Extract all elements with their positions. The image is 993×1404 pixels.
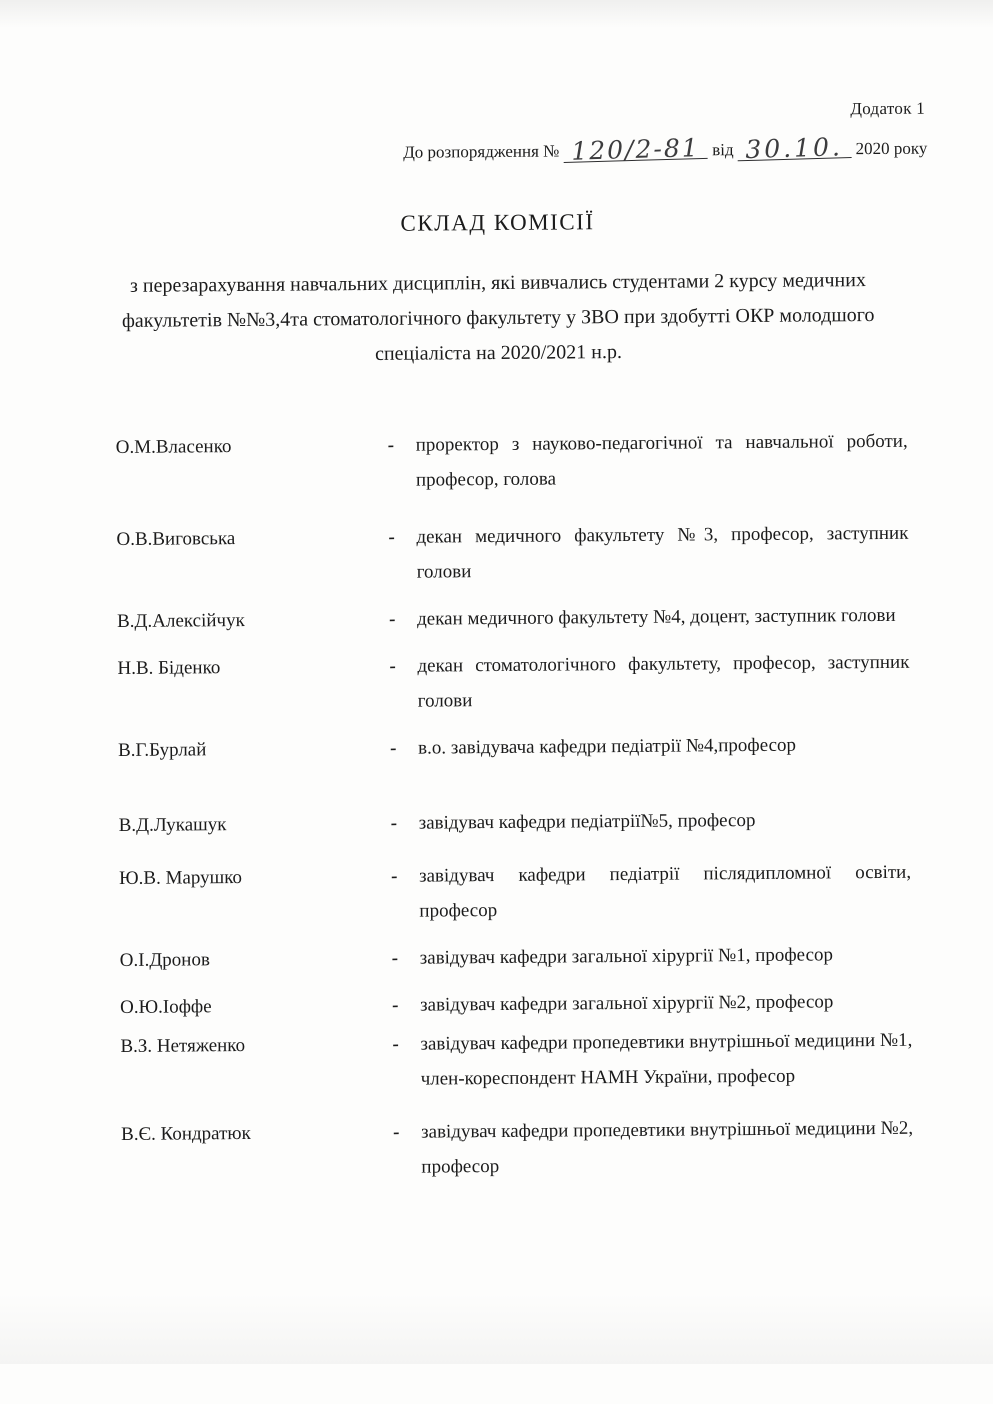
member-row: В.Г.Бурлай - в.о. завідувача кафедри пед… [5,726,993,769]
members-list: О.М.Власенко - проректор з науково-педаг… [3,423,993,1188]
member-row: О.М.Власенко - проректор з науково-педаг… [3,423,993,501]
member-role: декан медичного факультету №4, доцент, з… [417,598,909,637]
member-name: О.І.Дронов [120,941,392,978]
member-name: В.Д.Алексійчук [117,602,389,639]
dash-separator: - [391,859,419,894]
member-name: О.В.Виговська [116,520,388,557]
member-name: О.М.Власенко [116,428,388,465]
order-suffix-text: 2020 року [856,139,928,159]
order-prefix-text: До розпорядження № [403,142,559,162]
document-subtitle: з перезарахування навчальних дисциплін, … [103,263,894,374]
order-reference-line: До розпорядження № 120/2-81 від 30.10. 2… [0,138,993,166]
dash-separator: - [392,941,420,976]
dash-separator: - [388,428,416,463]
member-name: О.Ю.Іоффе [120,988,392,1025]
member-role: завідувач кафедри педіатрії№5, професор [419,802,911,841]
dash-separator: - [388,520,416,555]
member-row: В.Д.Алексійчук - декан медичного факульт… [4,597,993,640]
member-name: В.З. Нетяженко [120,1027,392,1064]
order-date-handwritten: 30.10. [738,138,852,161]
member-row: В.З. Нетяженко - завідувач кафедри пропе… [7,1022,993,1100]
member-name: В.Г.Бурлай [118,731,390,768]
member-role: декан медичного факультету №3, професор,… [416,516,909,590]
member-name: В.Д.Лукашук [119,806,391,843]
member-role: проректор з науково-педагогічної та навч… [416,424,909,498]
order-number-handwritten: 120/2-81 [563,139,708,163]
member-row: О.В.Виговська - декан медичного факульте… [3,515,993,593]
member-role: завідувач кафедри загальної хірургії №1,… [420,937,912,976]
dash-separator: - [391,806,419,841]
member-row: Ю.В. Марушко - завідувач кафедри педіатр… [6,854,993,932]
member-row: В.Є. Кондратюк - завідувач кафедри пропе… [8,1110,993,1188]
appendix-label: Додаток 1 [0,98,993,126]
member-role: в.о. завідувача кафедри педіатрії №4,про… [418,727,910,766]
member-row: О.І.Дронов - завідувач кафедри загальної… [7,936,993,979]
dash-separator: - [389,602,417,637]
page-title: СКЛАД КОМІСІЇ [1,206,993,240]
dash-separator: - [392,1027,420,1062]
dash-separator: - [392,988,420,1023]
order-mid-text: від [712,140,734,159]
member-role: завідувач кафедри пропедевтики внутрішнь… [420,1023,913,1097]
member-role: завідувач кафедри педіатрії післядипломн… [419,855,912,929]
member-row: Н.В. Біденко - декан стоматологічного фа… [4,644,993,722]
member-name: Н.В. Біденко [117,649,389,686]
member-role: завідувач кафедри пропедевтики внутрішнь… [421,1111,914,1185]
dash-separator: - [393,1115,421,1150]
member-role: завідувач кафедри загальної хірургії №2,… [420,984,912,1023]
dash-separator: - [389,649,417,684]
member-role: декан стоматологічного факультету, профе… [417,645,910,719]
document-page: Додаток 1 До розпорядження № 120/2-81 ві… [0,0,993,1404]
scanned-content: Додаток 1 До розпорядження № 120/2-81 ві… [0,98,993,1188]
member-row: О.Ю.Іоффе - завідувач кафедри загальної … [7,983,993,1026]
member-name: Ю.В. Марушко [119,859,391,896]
dash-separator: - [390,731,418,766]
member-name: В.Є. Кондратюк [121,1115,393,1152]
member-row: В.Д.Лукашук - завідувач кафедри педіатрі… [6,801,993,844]
